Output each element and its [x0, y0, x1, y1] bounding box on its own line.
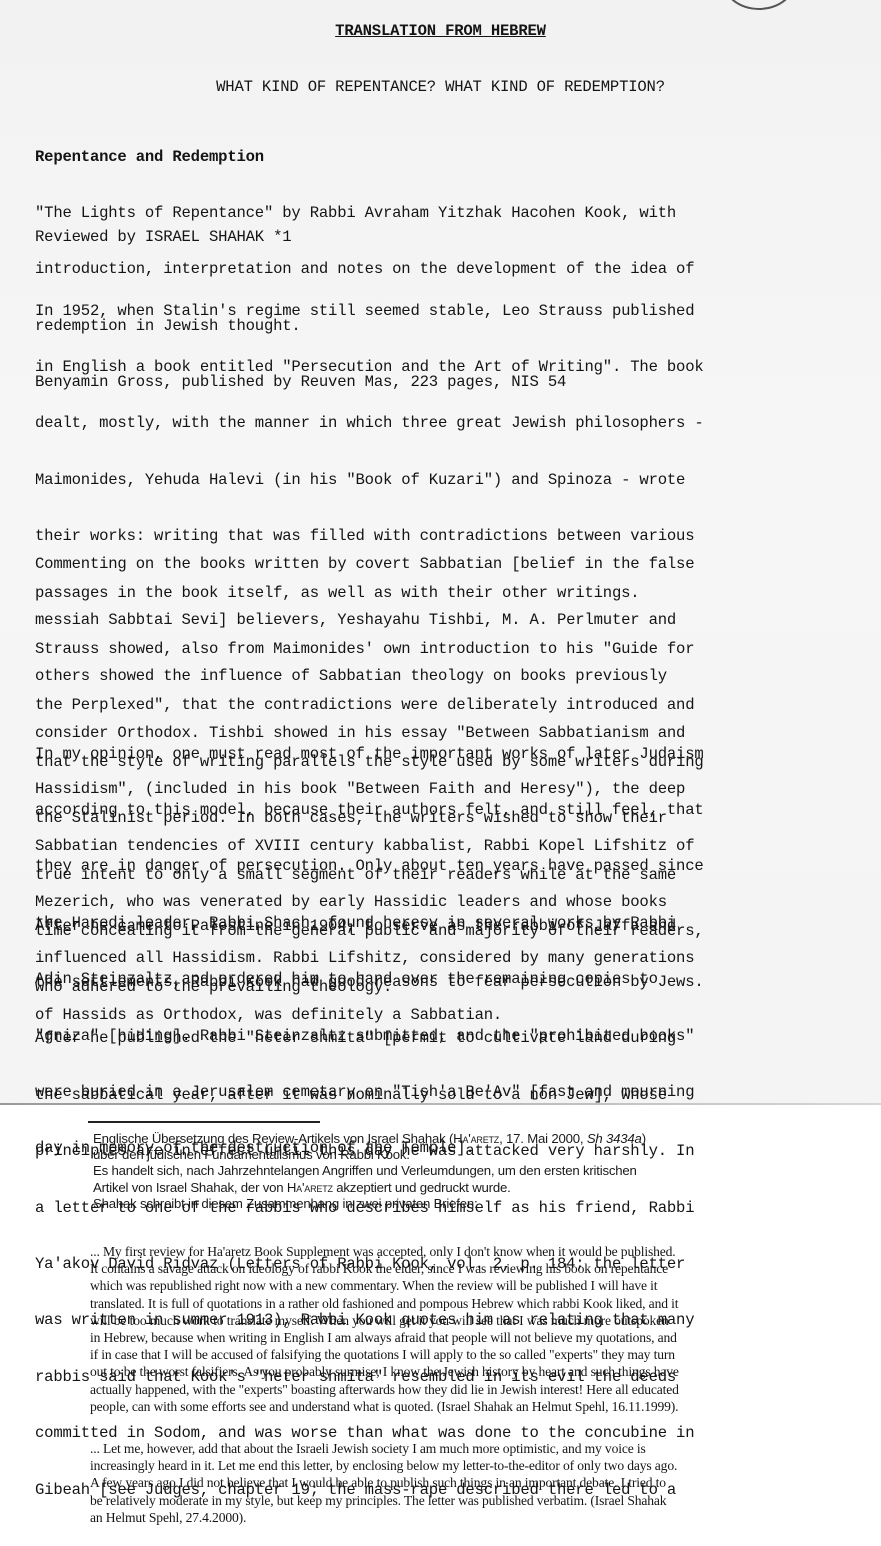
paragraph-line: After he published the "heter shmita" [p… — [35, 1029, 865, 1048]
paragraph-line: Maimonides, Yehuda Halevi (in his "Book … — [35, 471, 865, 490]
letter-line: if in case that I will be accused of fal… — [90, 1346, 814, 1363]
paragraph-line: In my opinion, one must read most of the… — [35, 745, 865, 764]
letter-line: will be too much work to translate mysel… — [90, 1312, 814, 1329]
letter-line: in Hebrew, because when writing in Engli… — [90, 1329, 814, 1346]
letter-line: people, can with some efforts see and un… — [90, 1398, 814, 1415]
letter-line: actually happened, with the "experts" bo… — [90, 1381, 814, 1398]
letter-line: increasingly heard in it. Let me end thi… — [90, 1457, 814, 1474]
footnote-text: , 17. Mai 2000, — [499, 1131, 587, 1146]
letter-line: ... My first review for Ha'aretz Book Su… — [90, 1243, 814, 1260]
footnote-text: ) — [642, 1131, 646, 1146]
footnote-line: Artikel von Israel Shahak, der von Ha'ar… — [93, 1180, 853, 1196]
footnote: Englische Übersetzung des Review-Artikel… — [93, 1131, 853, 1212]
letter-line: translated. It is full of quotations in … — [90, 1295, 814, 1312]
footnote-line: über den jüdischen Fundamentalismus von … — [93, 1147, 853, 1163]
paragraph-line: messiah Sabbtai Sevi] believers, Yeshaya… — [35, 611, 865, 630]
footnote-line: Shahak schreibt in diesem Zusammenhang i… — [93, 1196, 853, 1212]
paragraph-line: After he came to Palestine in 1904, to s… — [35, 917, 865, 936]
book-heading: Repentance and Redemption — [35, 148, 865, 167]
letter-line: an Helmut Spehl, 27.4.2000). — [90, 1509, 814, 1526]
footnote-line: Es handelt sich, nach Jahrzehntelangen A… — [93, 1163, 853, 1179]
paragraph-line: according to this model, because their a… — [35, 801, 865, 820]
paragraph-line: Commenting on the books written by cover… — [35, 555, 865, 574]
reviewer-line: Reviewed by ISRAEL SHAHAK *1 — [35, 228, 865, 247]
paragraph-line: they are in danger of persecution. Only … — [35, 857, 865, 876]
paragraph-line: others showed the influence of Sabbatian… — [35, 667, 865, 686]
article-subtitle: WHAT KIND OF REPENTANCE? WHAT KIND OF RE… — [0, 78, 881, 97]
newspaper-name: Ha'aretz — [287, 1180, 333, 1195]
footnote-text: Englische Übersetzung des Review-Artikel… — [93, 1131, 453, 1146]
letter-line: which was republished right now with a n… — [90, 1277, 814, 1294]
letter-line: be relatively moderate in my style, but … — [90, 1492, 814, 1509]
paragraph-line: dealt, mostly, with the manner in which … — [35, 414, 865, 433]
letter-quote-1: ... My first review for Ha'aretz Book Su… — [90, 1243, 814, 1415]
letter-quote-2: ... Let me, however, add that about the … — [90, 1440, 814, 1526]
paragraph-line: in English a book entitled "Persecution … — [35, 358, 865, 377]
letter-line: It contains a savage attack on ideology … — [90, 1260, 814, 1277]
paragraph-line: the settlements, Rabbi Kook had good rea… — [35, 973, 865, 992]
paragraph-line: In 1952, when Stalin's regime still seem… — [35, 302, 865, 321]
footnote-separator-rule — [88, 1121, 320, 1123]
footnote-text: akzeptiert und gedruckt wurde. — [333, 1180, 511, 1195]
book-info-line: "The Lights of Repentance" by Rabbi Avra… — [35, 204, 865, 223]
footnote-line: Englische Übersetzung des Review-Artikel… — [93, 1131, 853, 1147]
letter-line: out to be the worst falsifiers. As you p… — [90, 1363, 814, 1380]
page-title: TRANSLATION FROM HEBREW — [0, 22, 881, 41]
newspaper-name: Ha'aretz — [453, 1131, 499, 1146]
footnote-text: Artikel von Israel Shahak, der von — [93, 1180, 287, 1195]
page-fold-divider — [0, 1103, 881, 1105]
reference-code: Sh 3434a — [587, 1131, 642, 1146]
letter-line: ... Let me, however, add that about the … — [90, 1440, 814, 1457]
paragraph-line: the sabbatical year, after it was nomina… — [35, 1086, 865, 1105]
letter-line: A few years ago I did not believe that I… — [90, 1474, 814, 1491]
